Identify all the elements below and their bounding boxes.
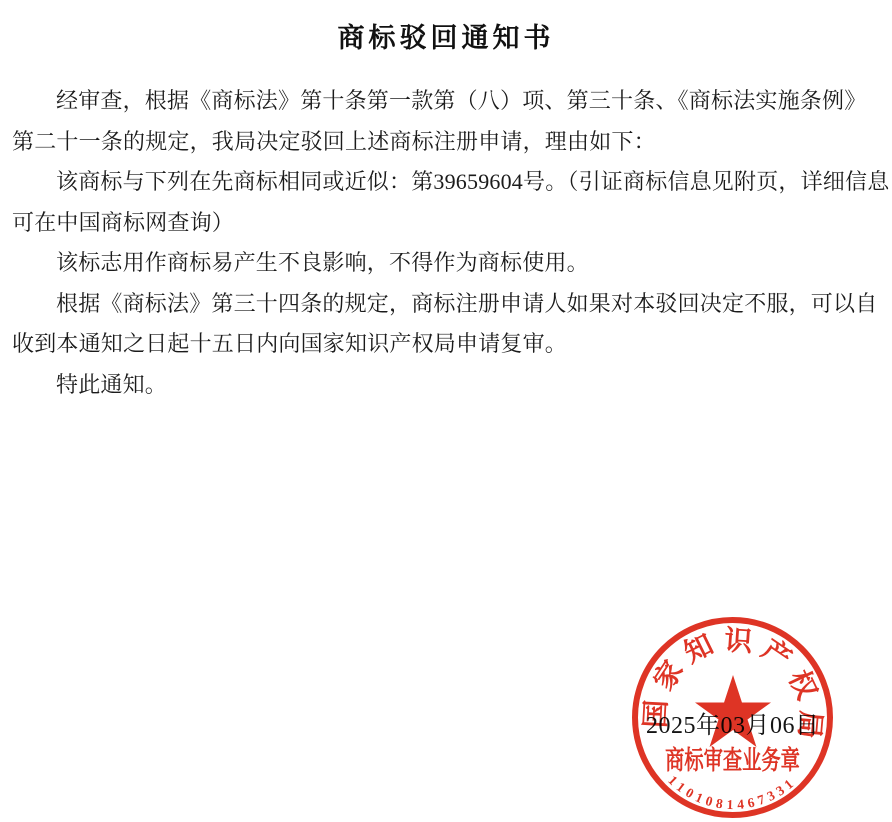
official-seal: 国家知识产权局 商标审查业务章 1101081467331 bbox=[632, 617, 833, 818]
body-line: 该商标与下列在先商标相同或近似：第39659604号。（引证商标信息见附页，详细… bbox=[12, 162, 880, 203]
document-title: 商标驳回通知书 bbox=[0, 0, 892, 55]
body-line: 第二十一条的规定，我局决定驳回上述商标注册申请，理由如下： bbox=[12, 122, 880, 163]
body-line: 收到本通知之日起十五日内向国家知识产权局申请复审。 bbox=[12, 324, 880, 365]
body-line: 该标志用作商标易产生不良影响，不得作为商标使用。 bbox=[12, 243, 880, 284]
body-line: 特此通知。 bbox=[12, 365, 880, 406]
document-body: 经审查，根据《商标法》第十条第一款第（八）项、第三十条、《商标法实施条例》第二十… bbox=[0, 81, 892, 405]
body-line: 根据《商标法》第三十四条的规定，商标注册申请人如果对本驳回决定不服，可以自 bbox=[12, 284, 880, 325]
body-line: 可在中国商标网查询） bbox=[12, 203, 880, 244]
document-page: 商标驳回通知书 经审查，根据《商标法》第十条第一款第（八）项、第三十条、《商标法… bbox=[0, 0, 892, 822]
body-line: 经审查，根据《商标法》第十条第一款第（八）项、第三十条、《商标法实施条例》 bbox=[12, 81, 880, 122]
seal-serial: 1101081467331 bbox=[632, 617, 833, 818]
